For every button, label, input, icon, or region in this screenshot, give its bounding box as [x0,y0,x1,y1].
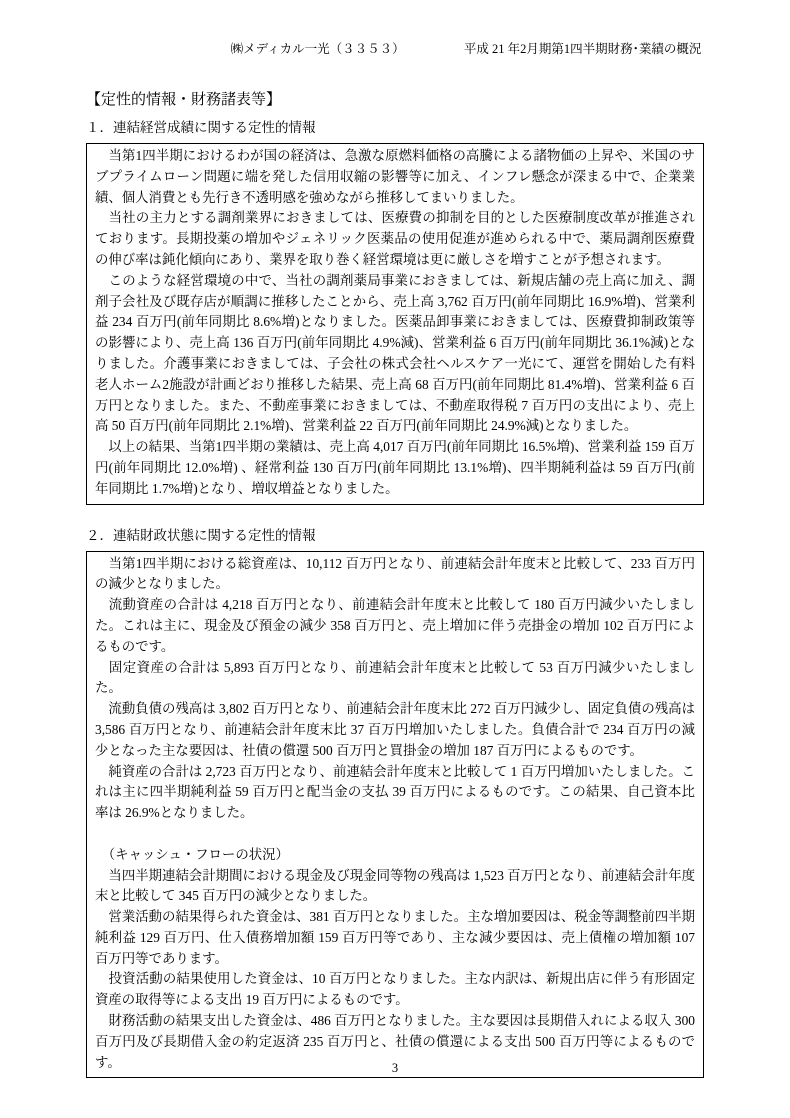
report-title: 平成 21 年2月期第1四半期財務･業績の概況 [464,42,702,56]
section2-heading: ２．連結財政状態に関する定性的情報 [86,527,704,545]
main-title: 【定性的情報・財務諸表等】 [86,90,704,110]
paragraph-current-assets: 流動資産の合計は 4,218 百万円となり、前連結会計年度末と比較して 180 … [95,595,695,657]
section1-text-box: 当第1四半期におけるわが国の経済は、急激な原燃料価格の高騰による諸物価の上昇や、… [86,143,704,505]
paragraph-results: 以上の結果、当第1四半期の業績は、売上高 4,017 百万円(前年同期比 16.… [95,437,695,499]
paragraph-fixed-assets: 固定資産の合計は 5,893 百万円となり、前連結会計年度末と比較して 53 百… [95,658,695,700]
document-header: ㈱メディカル一光（３３５３） 平成 21 年2月期第1四半期財務･業績の概況 [0,0,790,57]
paragraph-industry: 当社の主力とする調剤業界におきましては、医療費の抑制を目的とした医療制度改革が推… [95,208,695,270]
paragraph-segments: このような経営環境の中で、当社の調剤薬局事業におきましては、新規店舗の売上高に加… [95,271,695,437]
page-number: 3 [392,1061,398,1075]
cashflow-status-label: （キャッシュ・フローの状況） [95,845,695,866]
company-name: ㈱メディカル一光（３３５３） [231,42,405,56]
section1-heading: １．連結経営成績に関する定性的情報 [86,119,704,137]
paragraph-economy: 当第1四半期におけるわが国の経済は、急激な原燃料価格の高騰による諸物価の上昇や、… [95,146,695,208]
paragraph-investing-cashflow: 投資活動の結果使用した資金は、10 百万円となりました。主な内訳は、新規出店に伴… [95,969,695,1011]
paragraph-liabilities: 流動負債の残高は 3,802 百万円となり、前連結会計年度末比 272 百万円減… [95,699,695,761]
paragraph-total-assets: 当第1四半期における総資産は、10,112 百万円となり、前連結会計年度末と比較… [95,554,695,596]
paragraph-operating-cashflow: 営業活動の結果得られた資金は、381 百万円となりました。主な増加要因は、税金等… [95,907,695,969]
page-footer: 3 [0,1061,790,1076]
report-page: ㈱メディカル一光（３３５３） 平成 21 年2月期第1四半期財務･業績の概況 【… [0,0,790,1118]
document-body: 【定性的情報・財務諸表等】 １．連結経営成績に関する定性的情報 当第1四半期にお… [86,90,704,1078]
section2-text-box: 当第1四半期における総資産は、10,112 百万円となり、前連結会計年度末と比較… [86,551,704,1079]
paragraph-cash-balance: 当四半期連結会計期間における現金及び現金同等物の残高は 1,523 百万円となり… [95,866,695,908]
paragraph-net-assets: 純資産の合計は 2,723 百万円となり、前連結会計年度末と比較して 1 百万円… [95,762,695,824]
